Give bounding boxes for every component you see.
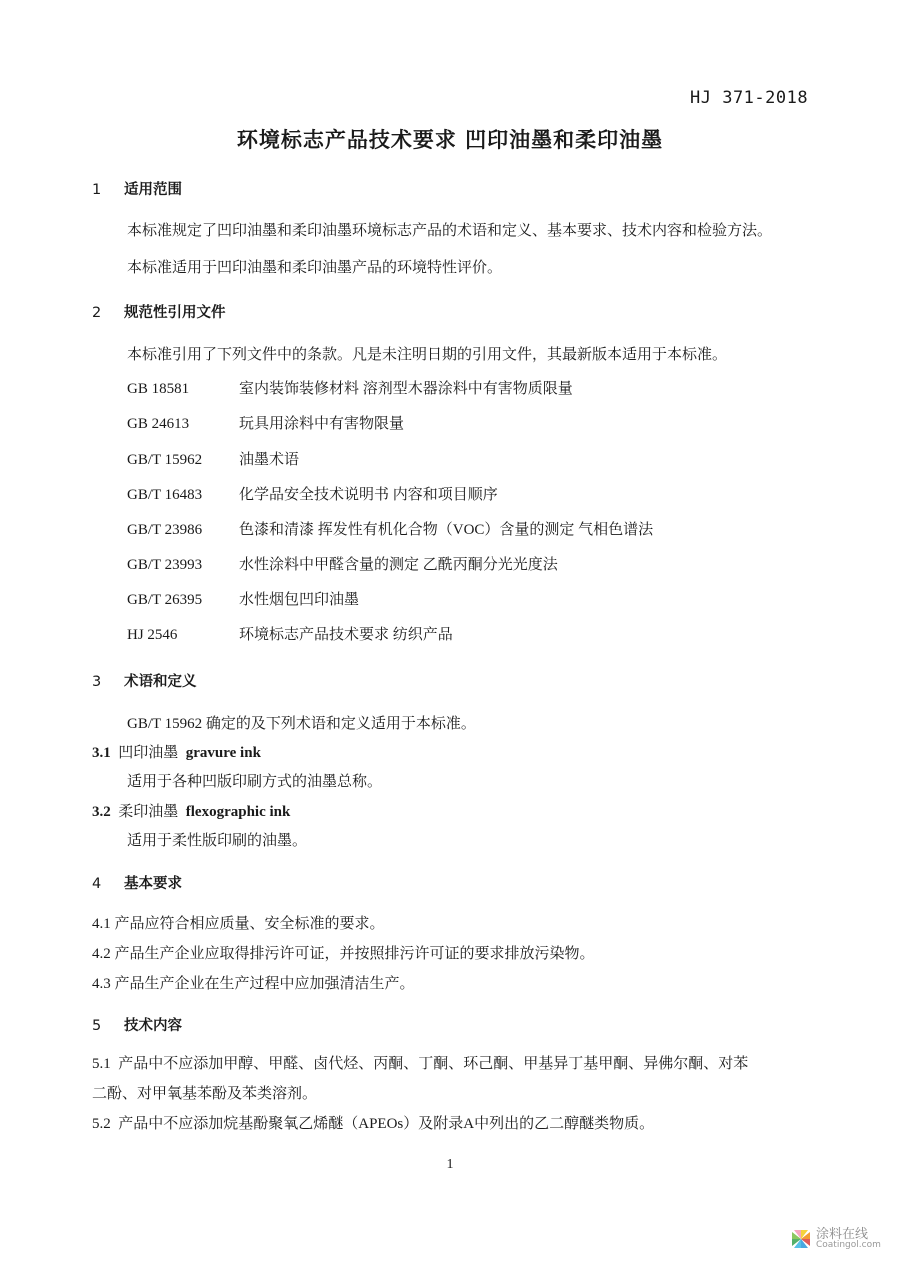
watermark-logo: 涂料在线 Coatingol.com (790, 1228, 881, 1250)
reference-item: GB/T 23986色漆和清漆 挥发性有机化合物（VOC）含量的测定 气相色谱法 (127, 518, 653, 539)
reference-item: GB/T 15962油墨术语 (127, 448, 299, 469)
section-3-intro: GB/T 15962 确定的及下列术语和定义适用于本标准。 (127, 712, 476, 733)
term-3-1-heading: 3.1 凹印油墨 gravure ink (92, 741, 261, 762)
section-2-heading: 2规范性引用文件 (92, 301, 226, 322)
technical-item-continuation: 二酚、对甲氧基苯酚及苯类溶剂。 (92, 1082, 317, 1103)
section-4-heading: 4基本要求 (92, 872, 182, 893)
section-1-heading: 1适用范围 (92, 178, 182, 199)
term-3-2-heading: 3.2 柔印油墨 flexographic ink (92, 800, 290, 821)
reference-item: GB 24613玩具用涂料中有害物限量 (127, 412, 404, 433)
section-1-paragraph-1: 本标准规定了凹印油墨和柔印油墨环境标志产品的术语和定义、基本要求、技术内容和检验… (127, 219, 772, 240)
reference-item: GB 18581室内装饰装修材料 溶剂型木器涂料中有害物质限量 (127, 377, 573, 398)
standard-code: HJ 371-2018 (690, 88, 808, 108)
reference-item: GB/T 16483化学品安全技术说明书 内容和项目顺序 (127, 483, 498, 504)
requirement-item: 4.1 产品应符合相应质量、安全标准的要求。 (92, 912, 385, 933)
requirement-item: 4.2 产品生产企业应取得排污许可证，并按照排污许可证的要求排放污染物。 (92, 942, 595, 963)
section-1-paragraph-2: 本标准适用于凹印油墨和柔印油墨产品的环境特性评价。 (127, 256, 502, 277)
page-number: 1 (0, 1157, 900, 1173)
reference-item: GB/T 26395水性烟包凹印油墨 (127, 588, 359, 609)
reference-item: GB/T 23993水性涂料中甲醛含量的测定 乙酰丙酮分光光度法 (127, 553, 558, 574)
document-title: 环境标志产品技术要求 凹印油墨和柔印油墨 (0, 124, 900, 154)
pinwheel-logo-icon (790, 1228, 812, 1250)
term-3-2-definition: 适用于柔性版印刷的油墨。 (127, 829, 307, 850)
section-3-heading: 3术语和定义 (92, 670, 197, 691)
technical-item: 5.1 产品中不应添加甲醇、甲醛、卤代烃、丙酮、丁酮、环己酮、甲基异丁基甲酮、异… (92, 1052, 748, 1073)
requirement-item: 4.3 产品生产企业在生产过程中应加强清洁生产。 (92, 972, 415, 993)
section-2-intro: 本标准引用了下列文件中的条款。凡是未注明日期的引用文件，其最新版本适用于本标准。 (127, 343, 727, 364)
term-3-1-definition: 适用于各种凹版印刷方式的油墨总称。 (127, 770, 382, 791)
section-5-heading: 5技术内容 (92, 1014, 182, 1035)
watermark-name-en: Coatingol.com (816, 1241, 881, 1250)
reference-item: HJ 2546环境标志产品技术要求 纺织产品 (127, 623, 453, 644)
technical-item: 5.2 产品中不应添加烷基酚聚氧乙烯醚（APEOs）及附录A中列出的乙二醇醚类物… (92, 1112, 654, 1133)
